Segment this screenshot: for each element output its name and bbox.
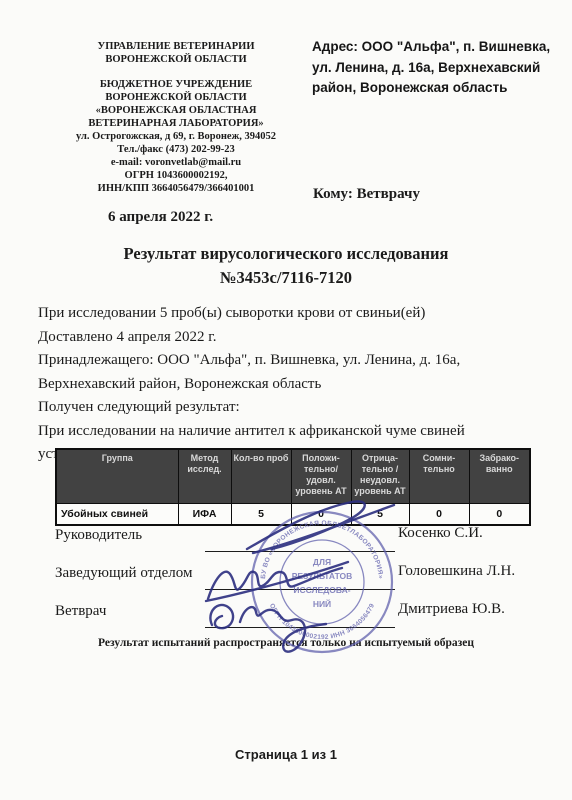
column-header-rejected: Забрако- ванно [469, 449, 530, 504]
stamp-outer-circle-icon [252, 512, 392, 652]
org-letterhead: УПРАВЛЕНИЕ ВЕТЕРИНАРИИ ВОРОНЕЖСКОЙ ОБЛАС… [50, 40, 302, 195]
document-title-line1: Результат вирусологического исследования [0, 242, 572, 266]
cell-sample-count: 5 [231, 504, 291, 526]
column-header-sample-count: Кол-во проб [231, 449, 291, 504]
stamp-center-line: РЕЗУЛЬТАТОВ [292, 571, 353, 581]
recipient-address-line: район, Воронежская область [312, 78, 570, 99]
signature-name-veterinarian: Дмитриева Ю.В. [398, 601, 505, 618]
stamp-center-line: НИЙ [313, 598, 331, 609]
report-body: При исследовании 5 проб(ы) сыворотки кро… [38, 302, 546, 467]
org-name-line: «ВОРОНЕЖСКАЯ ОБЛАСТНАЯ [50, 104, 302, 117]
results-table: Группа Метод исслед. Кол-во проб Положи-… [55, 448, 531, 526]
document-title-line2: №3453с/7116-7120 [0, 266, 572, 290]
body-paragraph: Принадлежащего: ООО "Альфа", п. Вишневка… [38, 349, 546, 396]
page-number: Страница 1 из 1 [0, 747, 572, 762]
org-inn-line: ИНН/КПП 3664056479/366401001 [50, 182, 302, 195]
org-name-line: УПРАВЛЕНИЕ ВЕТЕРИНАРИИ [50, 40, 302, 53]
org-address-line: ул. Острогожская, д 69, г. Воронеж, 3940… [50, 130, 302, 143]
stamp-center-line: ДЛЯ [313, 557, 331, 567]
signature-line [205, 627, 395, 628]
recipient-to-label: Кому: Ветврачу [313, 186, 420, 203]
signature-ink-head-of-department [206, 562, 348, 601]
signature-line [205, 589, 395, 590]
cell-rejected: 0 [469, 504, 530, 526]
stamp-center-line: ИССЛЕДОВА- [293, 585, 350, 595]
body-paragraph: Получен следующий результат: [38, 396, 546, 420]
document-date: 6 апреля 2022 г. [108, 209, 213, 226]
stamp-inner-circle-icon [280, 540, 364, 624]
signature-role-veterinarian: Ветврач [55, 603, 106, 620]
official-stamp: БУ ВО «ВОРОНЕЖСКАЯ ОБЛВЕТЛАБОРАТОРИЯ» ОГ… [252, 512, 392, 652]
org-name-line: ВОРОНЕЖСКОЙ ОБЛАСТИ [50, 53, 302, 66]
org-phone-line: Тел./факс (473) 202-99-23 [50, 143, 302, 156]
cell-positive: 0 [291, 504, 351, 526]
recipient-address: Адрес: ООО "Альфа", п. Вишневка, ул. Лен… [312, 37, 570, 99]
footnote: Результат испытаний распространяется тол… [0, 637, 572, 649]
column-header-negative: Отрица- тельно / неудовл. уровень АТ [351, 449, 409, 504]
table-row: Убойных свиней ИФА 5 0 5 0 0 [56, 504, 530, 526]
column-header-group: Группа [56, 449, 178, 504]
stamp-ring-top-text: БУ ВО «ВОРОНЕЖСКАЯ ОБЛВЕТЛАБОРАТОРИЯ» [260, 520, 384, 579]
cell-method: ИФА [178, 504, 231, 526]
org-ogrn-line: ОГРН 1043600002192, [50, 169, 302, 182]
cell-doubtful: 0 [409, 504, 469, 526]
body-paragraph: Доставлено 4 апреля 2022 г. [38, 326, 546, 350]
signature-role-head-of-department: Заведующий отделом [55, 565, 192, 582]
org-name-line: ВОРОНЕЖСКОЙ ОБЛАСТИ [50, 91, 302, 104]
body-paragraph: При исследовании 5 проб(ы) сыворотки кро… [38, 302, 546, 326]
cell-group: Убойных свиней [56, 504, 178, 526]
org-name-line: БЮДЖЕТНОЕ УЧРЕЖДЕНИЕ [50, 78, 302, 91]
cell-negative: 5 [351, 504, 409, 526]
signature-line [205, 551, 395, 552]
signature-role-director: Руководитель [55, 527, 142, 544]
stamp-ring-bottom-text: ОГРН 1043600002192 ИНН 3664056479 [268, 603, 376, 642]
signature-name-director: Косенко С.И. [398, 525, 483, 542]
results-table-header-row: Группа Метод исслед. Кол-во проб Положи-… [56, 449, 530, 504]
document-title: Результат вирусологического исследования… [0, 242, 572, 290]
scanned-lab-report-page: УПРАВЛЕНИЕ ВЕТЕРИНАРИИ ВОРОНЕЖСКОЙ ОБЛАС… [0, 0, 572, 800]
svg-text:ОГРН 1043600002192 ИНН 3664056: ОГРН 1043600002192 ИНН 3664056479 [268, 603, 376, 642]
org-email-line: e-mail: voronvetlab@mail.ru [50, 156, 302, 169]
recipient-address-line: Адрес: ООО "Альфа", п. Вишневка, [312, 37, 570, 58]
svg-text:БУ ВО «ВОРОНЕЖСКАЯ ОБЛВЕТЛАБОР: БУ ВО «ВОРОНЕЖСКАЯ ОБЛВЕТЛАБОРАТОРИЯ» [260, 520, 384, 579]
column-header-doubtful: Сомни- тельно [409, 449, 469, 504]
recipient-address-line: ул. Ленина, д. 16а, Верхнехавский [312, 58, 570, 79]
column-header-method: Метод исслед. [178, 449, 231, 504]
column-header-positive: Положи- тельно/ удовл. уровень АТ [291, 449, 351, 504]
org-name-line: ВЕТЕРИНАРНАЯ ЛАБОРАТОРИЯ» [50, 117, 302, 130]
signature-name-head-of-department: Головешкина Л.Н. [398, 563, 515, 580]
